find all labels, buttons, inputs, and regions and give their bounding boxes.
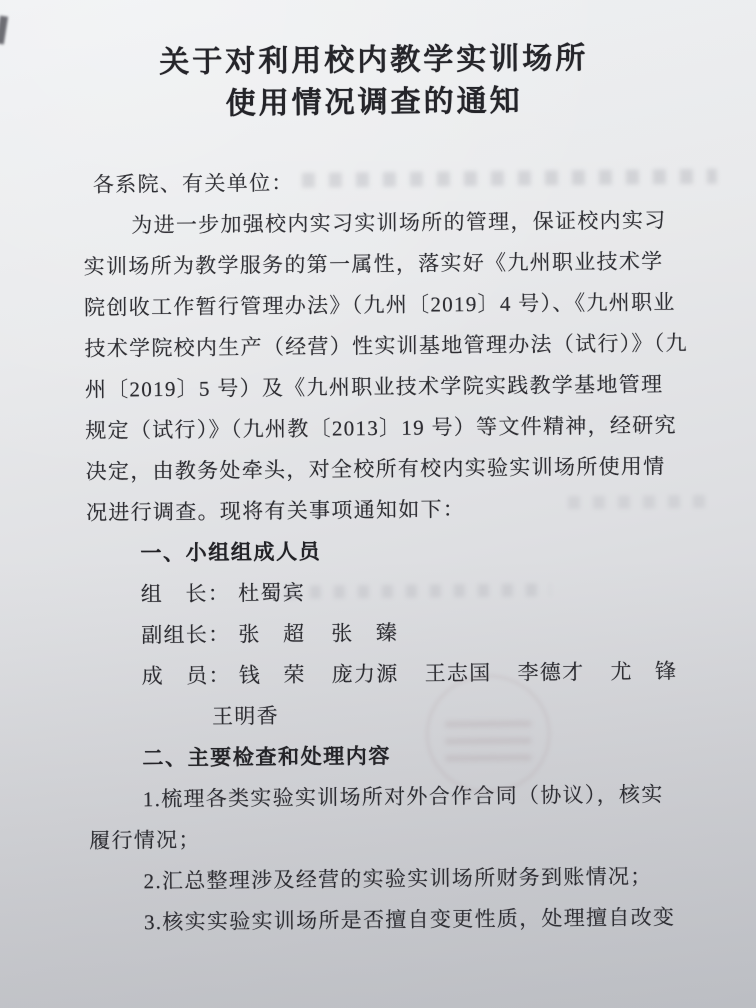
deputy-name: 张 臻: [331, 621, 398, 646]
deputy-label: 副组长：: [141, 622, 230, 647]
intro-line: 规定（试行）》（九州教〔2013〕19 号）等文件精神，经研究: [85, 405, 679, 452]
member-name: 王志国: [425, 661, 492, 686]
member-name: 钱 荣: [239, 663, 306, 688]
member-label: 成 员：: [142, 663, 231, 688]
item-1-line-1: 1.梳理各类实验实训场所对外合作合同（协议），核实: [89, 774, 683, 821]
intro-line: 州〔2019〕5 号）及《九州职业技术学院实践教学基地管理: [85, 364, 679, 411]
document-photo: 关于对利用校内教学实训场所 使用情况调查的通知 各系院、有关单位： 为进一步加强…: [0, 0, 756, 1008]
item-1-line-2: 履行情况；: [89, 815, 683, 862]
item-2: 2.汇总整理涉及经营的实验实训场所财务到账情况；: [89, 856, 683, 903]
members-line: 成 员：钱 荣庞力源王志国李德才尤 锋: [87, 651, 681, 698]
deputy-line: 副组长：张 超张 臻: [87, 610, 681, 657]
salutation: 各系院、有关单位：: [83, 159, 677, 206]
members-line-cont: 王明香: [88, 692, 682, 739]
intro-line: 实训场所为教学服务的第一属性，落实好《九州职业技术学: [84, 241, 678, 288]
intro-line: 况进行调查。现将有关事项通知如下：: [86, 487, 680, 534]
deputy-name: 张 超: [238, 622, 305, 647]
intro-line: 决定，由教务处牵头，对全校所有校内实验实训场所使用情: [85, 446, 679, 493]
member-name: 李德才: [517, 660, 584, 685]
leader-line: 组 长：杜蜀宾: [87, 569, 681, 616]
notice-title: 关于对利用校内教学实训场所 使用情况调查的通知: [0, 36, 752, 127]
member-name: 尤 锋: [610, 659, 677, 684]
member-name: 王明香: [212, 704, 279, 729]
intro-line: 院创收工作暂行管理办法》（九州〔2019〕4 号）、《九州职业: [84, 282, 678, 329]
section-1-heading: 一、小组组成人员: [86, 528, 680, 575]
item-3: 3.核实实验实训场所是否擅自变更性质，处理擅自改变: [90, 897, 684, 944]
intro-line: 为进一步加强校内实习实训场所的管理，保证校内实习: [83, 200, 677, 247]
notice-body: 各系院、有关单位： 为进一步加强校内实习实训场所的管理，保证校内实习 实训场所为…: [83, 159, 684, 944]
title-line-1: 关于对利用校内教学实训场所: [0, 36, 752, 85]
section-2-heading: 二、主要检查和处理内容: [88, 733, 682, 780]
title-line-2: 使用情况调查的通知: [0, 78, 752, 127]
intro-line: 技术学院校内生产（经营）性实训基地管理办法（试行）》（九: [84, 323, 678, 370]
notice-page: 关于对利用校内教学实训场所 使用情况调查的通知 各系院、有关单位： 为进一步加强…: [0, 0, 756, 1008]
leader-name: 杜蜀宾: [238, 581, 305, 606]
member-name: 庞力源: [332, 662, 399, 687]
leader-label: 组 长：: [141, 581, 230, 606]
